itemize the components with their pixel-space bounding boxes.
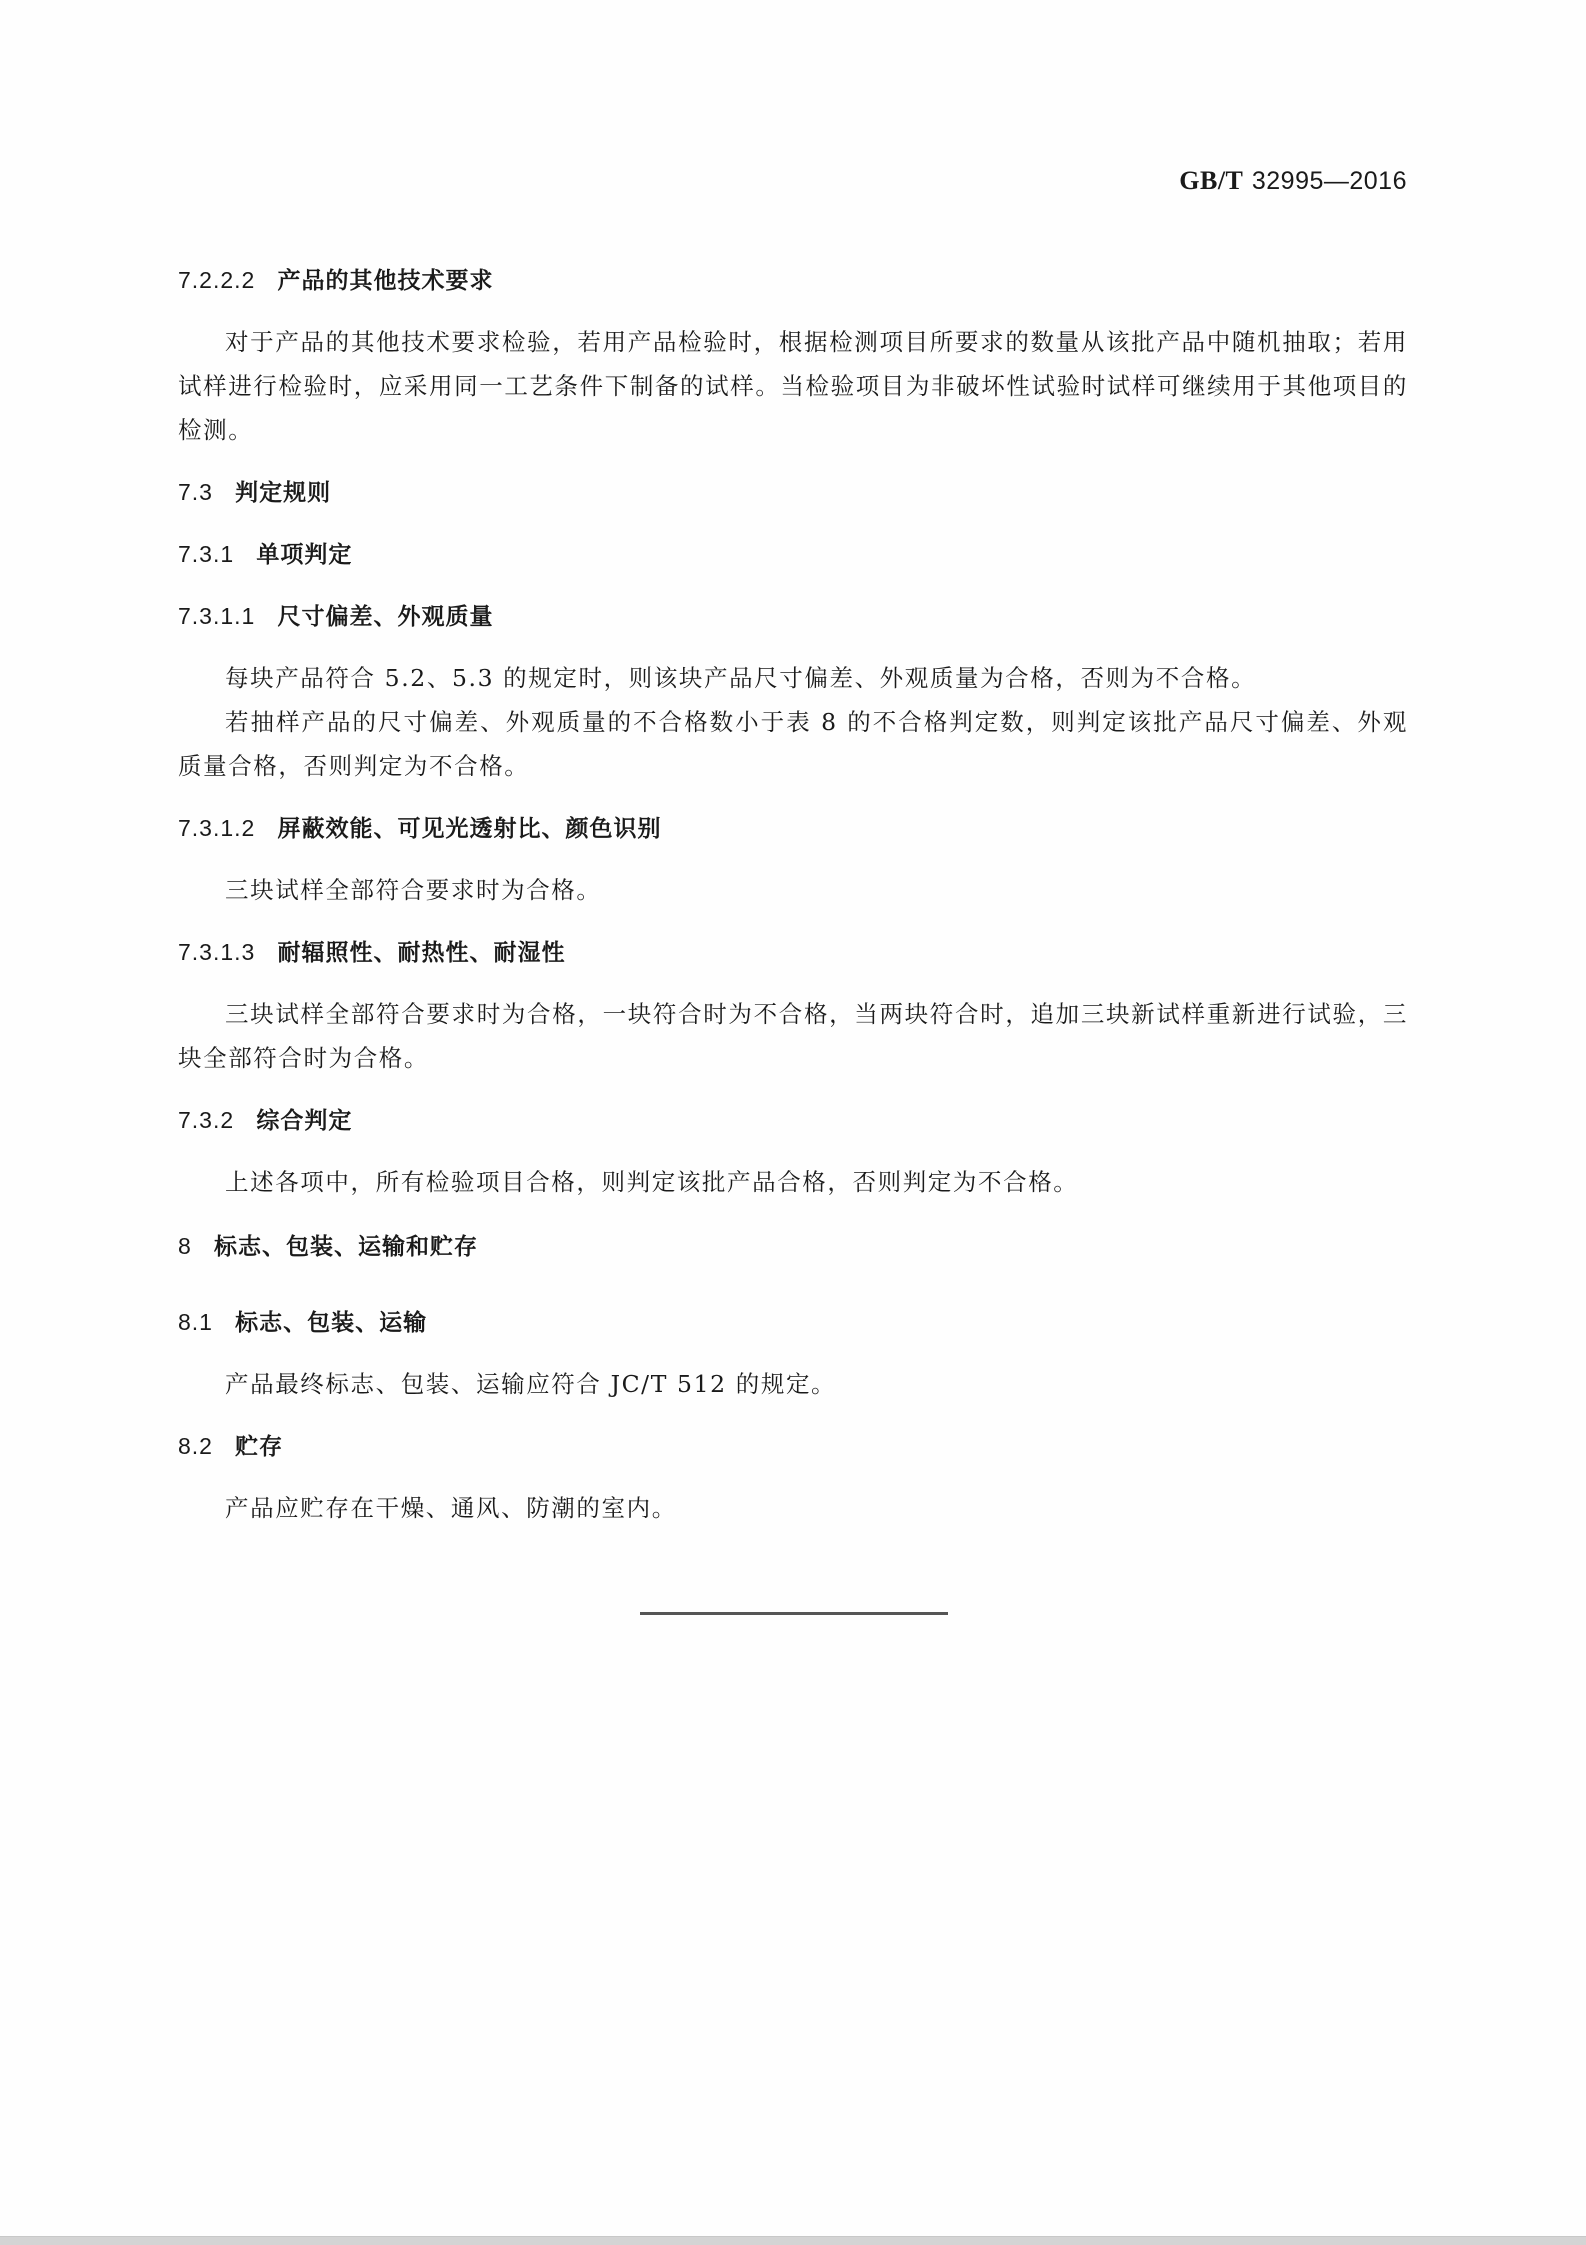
paragraph: 产品最终标志、包装、运输应符合 JC/T 512 的规定。 <box>178 1362 1408 1406</box>
section-title: 标志、包装、运输和贮存 <box>214 1233 478 1259</box>
section-number: 7.3 <box>178 470 213 514</box>
paragraph: 三块试样全部符合要求时为合格。 <box>178 868 1408 912</box>
section-title: 判定规则 <box>235 479 331 505</box>
standard-code: GB/T 32995—2016 <box>1179 166 1407 196</box>
section-heading-7-3-1: 7.3.1 单项判定 <box>178 532 1408 594</box>
section-title: 耐辐照性、耐热性、耐湿性 <box>278 939 566 965</box>
paragraph: 对于产品的其他技术要求检验，若用产品检验时，根据检测项目所要求的数量从该批产品中… <box>178 320 1408 452</box>
section-title: 贮存 <box>235 1433 283 1459</box>
section-heading-8-2: 8.2 贮存 <box>178 1424 1408 1486</box>
section-heading-7-3: 7.3 判定规则 <box>178 470 1408 532</box>
paragraph: 每块产品符合 5.2、5.3 的规定时，则该块产品尺寸偏差、外观质量为合格，否则… <box>178 656 1408 700</box>
section-title: 综合判定 <box>256 1107 352 1133</box>
section-heading-7-3-1-3: 7.3.1.3 耐辐照性、耐热性、耐湿性 <box>178 930 1408 992</box>
standard-number: 32995—2016 <box>1252 167 1407 195</box>
paragraph: 若抽样产品的尺寸偏差、外观质量的不合格数小于表 8 的不合格判定数，则判定该批产… <box>178 700 1408 788</box>
document-page: GB/T 32995—2016 7.2.2.2 产品的其他技术要求 对于产品的其… <box>0 0 1586 2236</box>
paragraph: 上述各项中，所有检验项目合格，则判定该批产品合格，否则判定为不合格。 <box>178 1160 1408 1204</box>
section-number: 7.2.2.2 <box>178 258 255 302</box>
section-number: 7.3.1.1 <box>178 594 255 638</box>
section-heading-7-3-1-1: 7.3.1.1 尺寸偏差、外观质量 <box>178 594 1408 656</box>
section-number: 7.3.1 <box>178 532 234 576</box>
section-heading-7-3-1-2: 7.3.1.2 屏蔽效能、可见光透射比、颜色识别 <box>178 806 1408 868</box>
section-number: 7.3.2 <box>178 1098 234 1142</box>
section-title: 单项判定 <box>256 541 352 567</box>
paragraph: 三块试样全部符合要求时为合格，一块符合时为不合格，当两块符合时，追加三块新试样重… <box>178 992 1408 1080</box>
section-heading-7-2-2-2: 7.2.2.2 产品的其他技术要求 <box>178 258 1408 320</box>
section-number: 8 <box>178 1224 192 1268</box>
end-of-document-rule <box>640 1612 948 1615</box>
section-number: 7.3.1.2 <box>178 806 255 850</box>
section-title: 屏蔽效能、可见光透射比、颜色识别 <box>278 815 662 841</box>
section-heading-8-1: 8.1 标志、包装、运输 <box>178 1300 1408 1362</box>
section-title: 产品的其他技术要求 <box>278 267 494 293</box>
section-heading-8: 8 标志、包装、运输和贮存 <box>178 1224 1408 1300</box>
viewer-bottom-edge <box>0 2236 1586 2245</box>
document-body: 7.2.2.2 产品的其他技术要求 对于产品的其他技术要求检验，若用产品检验时，… <box>178 258 1408 1548</box>
standard-prefix: GB/T <box>1179 166 1243 195</box>
section-number: 8.1 <box>178 1300 213 1344</box>
section-title: 尺寸偏差、外观质量 <box>278 603 494 629</box>
section-title: 标志、包装、运输 <box>235 1309 427 1335</box>
section-number: 8.2 <box>178 1424 213 1468</box>
paragraph: 产品应贮存在干燥、通风、防潮的室内。 <box>178 1486 1408 1530</box>
section-number: 7.3.1.3 <box>178 930 255 974</box>
section-heading-7-3-2: 7.3.2 综合判定 <box>178 1098 1408 1160</box>
